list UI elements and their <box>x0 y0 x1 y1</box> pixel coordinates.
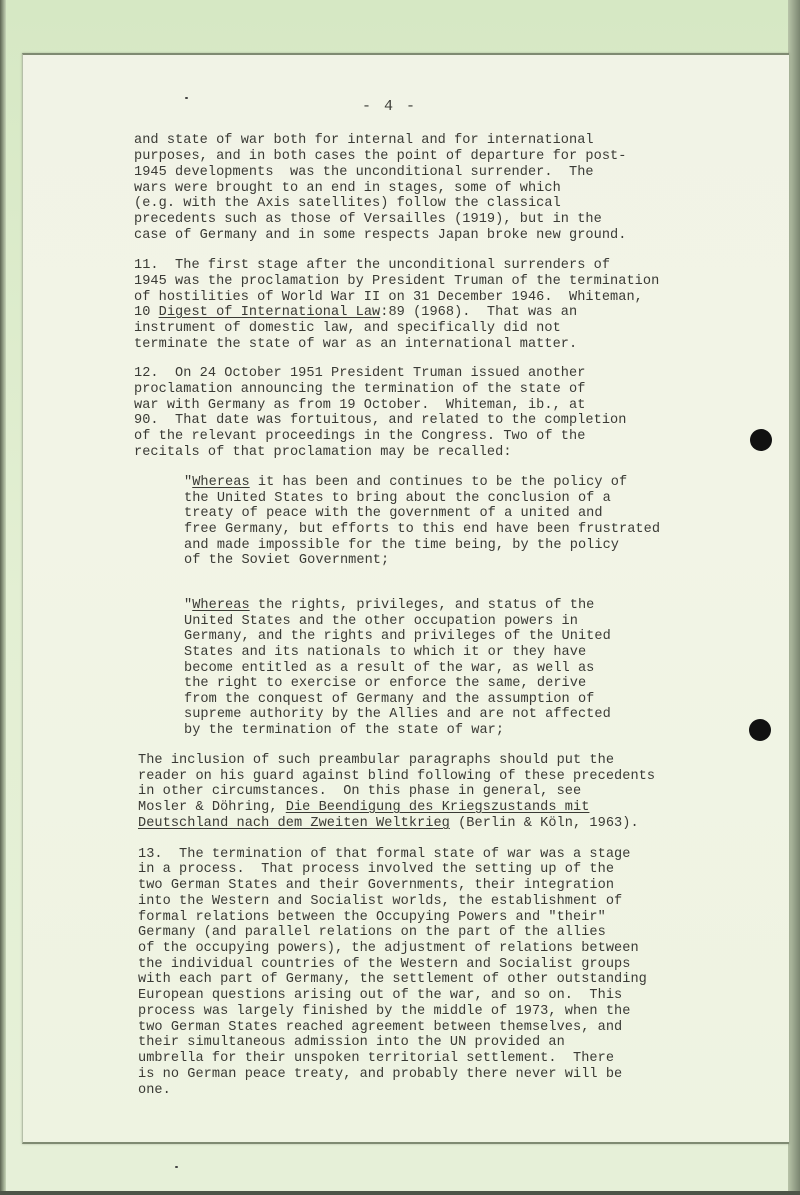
text-line: recitals of that proclamation may be rec… <box>134 445 754 461</box>
text-line: United States and the other occupation p… <box>184 614 800 630</box>
citation-page: :89 (1968). That was an <box>380 305 577 320</box>
text-line: the individual countries of the Western … <box>138 957 758 973</box>
citation-volume: 10 <box>134 305 159 320</box>
text-line: into the Western and Socialist worlds, t… <box>138 894 758 910</box>
text-line: 13. The termination of that formal state… <box>138 847 758 863</box>
text-line: and made impossible for the time being, … <box>184 538 800 554</box>
whereas-keyword: Whereas <box>192 475 249 490</box>
page-number: - 4 - <box>362 98 417 115</box>
text-fragment: it has been and continues to be the poli… <box>250 475 628 490</box>
text-line: 1945 was the proclamation by President T… <box>134 274 754 290</box>
text-line: proclamation announcing the termination … <box>134 382 754 398</box>
text-line: is no German peace treaty, and probably … <box>138 1067 758 1083</box>
quote-mark: " <box>184 475 192 490</box>
text-line: from the conquest of Germany and the ass… <box>184 692 800 708</box>
reference-publication: (Berlin & Köln, 1963). <box>450 816 639 831</box>
text-line: formal relations between the Occupying P… <box>138 910 758 926</box>
ink-speck <box>185 97 188 99</box>
text-line: two German States reached agreement betw… <box>138 1020 758 1036</box>
text-line: the United States to bring about the con… <box>184 491 800 507</box>
punch-hole-icon <box>750 429 772 451</box>
ink-speck <box>175 1166 178 1168</box>
text-line: umbrella for their unspoken territorial … <box>138 1051 758 1067</box>
text-line: in other circumstances. On this phase in… <box>138 784 758 800</box>
text-line: treaty of peace with the government of a… <box>184 506 800 522</box>
scan-bottom-edge <box>0 1191 800 1195</box>
text-line: and state of war both for internal and f… <box>134 133 754 149</box>
text-line: become entitled as a result of the war, … <box>184 661 800 677</box>
text-line: of the occupying powers), the adjustment… <box>138 941 758 957</box>
text-line: supreme authority by the Allies and are … <box>184 707 800 723</box>
text-line: purposes, and in both cases the point of… <box>134 149 754 165</box>
text-line: 1945 developments was the unconditional … <box>134 165 754 181</box>
text-line: precedents such as those of Versailles (… <box>134 212 754 228</box>
text-line: of the relevant proceedings in the Congr… <box>134 429 754 445</box>
citation-line: 10 Digest of International Law:89 (1968)… <box>134 305 754 321</box>
punch-hole-icon <box>749 719 771 741</box>
text-line: reader on his guard against blind follow… <box>138 769 758 785</box>
text-line: wars were brought to an end in stages, s… <box>134 181 754 197</box>
quote-mark: " <box>184 598 192 613</box>
text-line: case of Germany and in some respects Jap… <box>134 228 754 244</box>
citation-title: Digest of International Law <box>159 305 381 320</box>
text-line: terminate the state of war as an interna… <box>134 337 754 353</box>
text-line: the right to exercise or enforce the sam… <box>184 676 800 692</box>
text-line: 11. The first stage after the unconditio… <box>134 258 754 274</box>
reference-title: Deutschland nach dem Zweiten Weltkrieg <box>138 816 450 831</box>
text-line: Germany, and the rights and privileges o… <box>184 629 800 645</box>
text-line: of the Soviet Government; <box>184 553 800 569</box>
text-line: of hostilities of World War II on 31 Dec… <box>134 290 754 306</box>
reference-line: Deutschland nach dem Zweiten Weltkrieg (… <box>138 816 758 832</box>
text-line: two German States and their Governments,… <box>138 878 758 894</box>
scan-left-edge <box>0 0 6 1195</box>
reference-line: Mosler & Döhring, Die Beendigung des Kri… <box>138 800 758 816</box>
text-fragment: the rights, privileges, and status of th… <box>250 598 595 613</box>
text-line: "Whereas the rights, privileges, and sta… <box>184 598 800 614</box>
text-line: 12. On 24 October 1951 President Truman … <box>134 366 754 382</box>
text-line: free Germany, but efforts to this end ha… <box>184 522 800 538</box>
whereas-keyword: Whereas <box>192 598 249 613</box>
text-line: with each part of Germany, the settlemen… <box>138 972 758 988</box>
text-line: instrument of domestic law, and specific… <box>134 321 754 337</box>
text-line: process was largely finished by the midd… <box>138 1004 758 1020</box>
text-line: war with Germany as from 19 October. Whi… <box>134 398 754 414</box>
reference-title: Die Beendigung des Kriegszustands mit <box>286 800 590 815</box>
text-line: 90. That date was fortuitous, and relate… <box>134 413 754 429</box>
text-line: (e.g. with the Axis satellites) follow t… <box>134 196 754 212</box>
text-line: European questions arising out of the wa… <box>138 988 758 1004</box>
text-line: The inclusion of such preambular paragra… <box>138 753 758 769</box>
text-line: "Whereas it has been and continues to be… <box>184 475 800 491</box>
text-line: Germany (and parallel relations on the p… <box>138 925 758 941</box>
text-line: in a process. That process involved the … <box>138 862 758 878</box>
text-line: their simultaneous admission into the UN… <box>138 1035 758 1051</box>
text-line: one. <box>138 1083 758 1099</box>
reference-authors: Mosler & Döhring, <box>138 800 286 815</box>
text-line: States and its nationals to which it or … <box>184 645 800 661</box>
text-line: by the termination of the state of war; <box>184 723 800 739</box>
